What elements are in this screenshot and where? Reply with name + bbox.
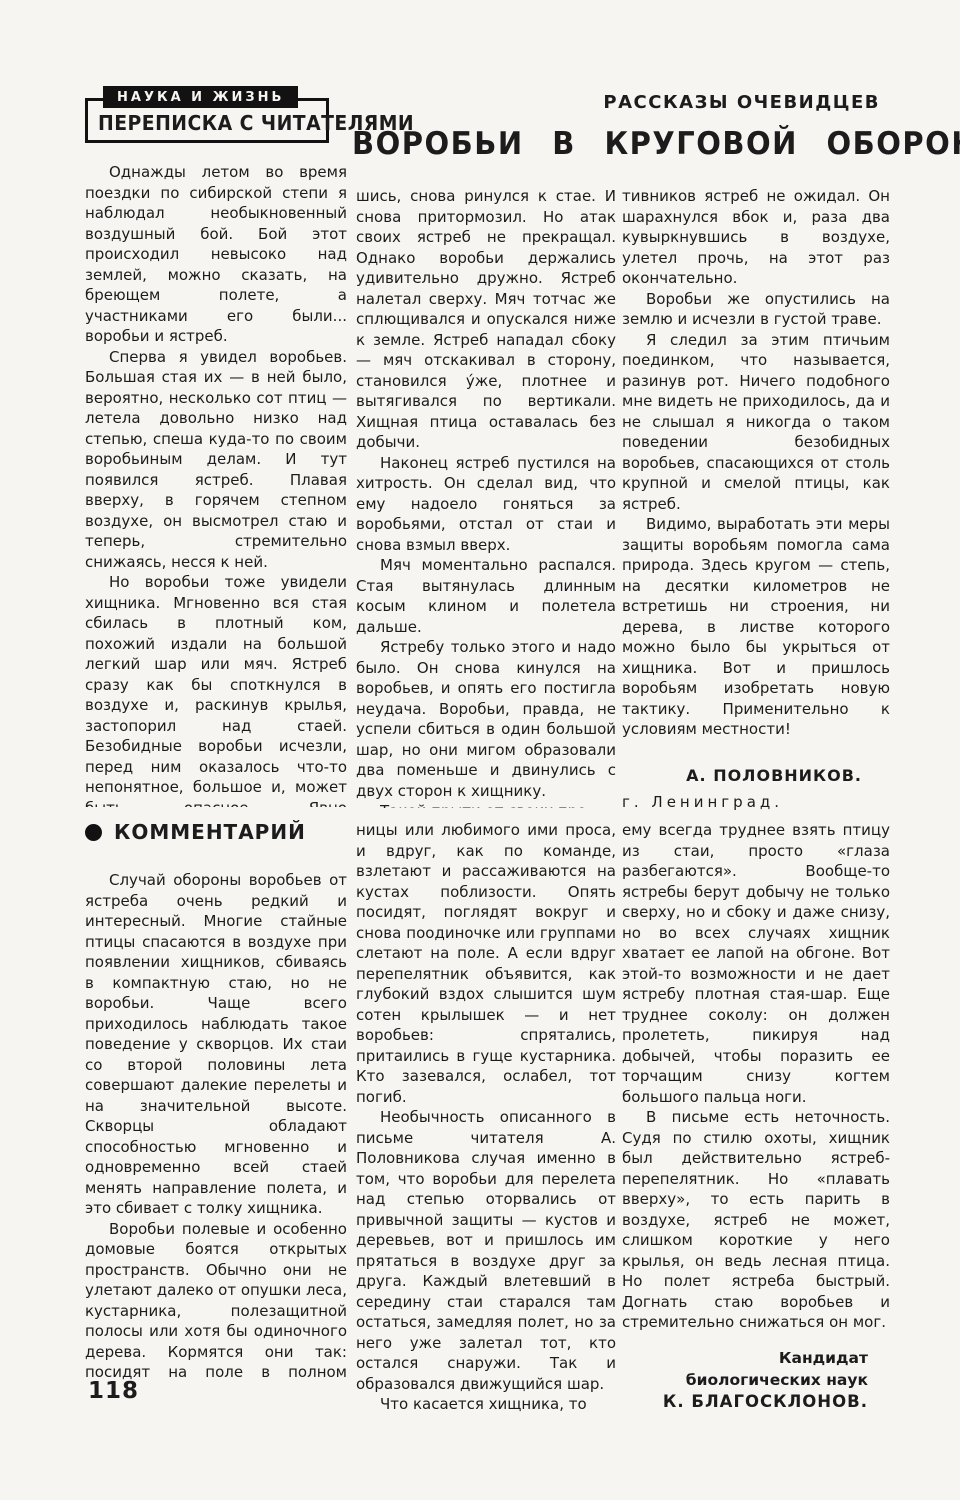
commentary-header-label: КОММЕНТАРИЙ [114, 820, 306, 844]
article-header: РАССКАЗЫ ОЧЕВИДЦЕВ ВОРОБЬИ В КРУГОВОЙ ОБ… [352, 92, 890, 159]
paragraph: Сперва я увидел воробьев. Большая стая и… [85, 347, 347, 573]
signature-title-line2: биологических наук [622, 1369, 868, 1391]
masthead: ПЕРЕПИСКА С ЧИТАТЕЛЯМИ НАУКА И ЖИЗНЬ [85, 86, 337, 142]
article-column-1: Однажды летом во время поездки по сибирс… [85, 162, 347, 807]
paragraph: Воробьи полевые и особенно домовые боятс… [85, 1219, 347, 1383]
article-title: ВОРОБЬИ В КРУГОВОЙ ОБОРОНЕ [352, 125, 890, 162]
commentary-signature: Кандидат биологических наук К. БЛАГОСКЛО… [622, 1347, 890, 1413]
paragraph: В письме есть неточность. Судя по стилю … [622, 1107, 890, 1333]
paragraph: Видимо, выработать эти меры защиты вороб… [622, 514, 890, 740]
signature-name: К. БЛАГОСКЛОНОВ. [622, 1391, 868, 1413]
signature-title-line1: Кандидат [622, 1347, 868, 1369]
commentary-column-1: КОММЕНТАРИЙ Случай обороны воробьев от я… [85, 820, 347, 1382]
paragraph: ему всегда труднее взять птицу из стаи, … [622, 820, 890, 1107]
article-column-2: шись, снова ринулся к стае. И снова прит… [356, 186, 616, 808]
paragraph: Такой прыти от своих про- [356, 801, 616, 808]
paragraph: Наконец ястреб пустился на хитрость. Он … [356, 453, 616, 556]
paragraph: Что касается хищника, то [356, 1394, 616, 1415]
paragraph: шись, снова ринулся к стае. И снова прит… [356, 186, 616, 453]
paragraph: Воробьи же опустились на землю и исчезли… [622, 289, 890, 330]
paragraph: Но воробьи тоже увидели хищника. Мгновен… [85, 572, 347, 807]
commentary-column-1-text: Случай обороны воробьев от ястреба очень… [85, 870, 347, 1382]
bullet-icon [85, 824, 102, 841]
paragraph: Я следил за этим птичьим поединком, что … [622, 330, 890, 515]
article-author-city: г. Ленинград. [622, 793, 890, 811]
paragraph: Мяч моментально распался. Стая вытянулас… [356, 555, 616, 637]
paragraph: ницы или любимого ими проса, и вдруг, ка… [356, 820, 616, 1107]
paragraph: Ястребу только этого и надо было. Он сно… [356, 637, 616, 801]
article-author: А. ПОЛОВНИКОВ. [622, 766, 890, 785]
page-number: 118 [88, 1378, 139, 1404]
article-column-3-text: тивников ястреб не ожидал. Он шарахнулся… [622, 186, 890, 740]
commentary-column-3-text: ему всегда труднее взять птицу из стаи, … [622, 820, 890, 1333]
paragraph: Случай обороны воробьев от ястреба очень… [85, 870, 347, 1219]
commentary-column-2: ницы или любимого ими проса, и вдруг, ка… [356, 820, 616, 1432]
paragraph: тивников ястреб не ожидал. Он шарахнулся… [622, 186, 890, 289]
magazine-logo: НАУКА И ЖИЗНЬ [103, 86, 298, 108]
magazine-page: ПЕРЕПИСКА С ЧИТАТЕЛЯМИ НАУКА И ЖИЗНЬ РАС… [0, 0, 960, 1500]
paragraph: Необычность описанного в письме читателя… [356, 1107, 616, 1394]
article-kicker: РАССКАЗЫ ОЧЕВИДЦЕВ [352, 92, 890, 113]
masthead-section-label: ПЕРЕПИСКА С ЧИТАТЕЛЯМИ [98, 111, 305, 135]
article-column-3: тивников ястреб не ожидал. Он шарахнулся… [622, 186, 890, 811]
commentary-header: КОММЕНТАРИЙ [85, 820, 347, 844]
commentary-column-3: ему всегда труднее взять птицу из стаи, … [622, 820, 890, 1432]
paragraph: Однажды летом во время поездки по сибирс… [85, 162, 347, 347]
